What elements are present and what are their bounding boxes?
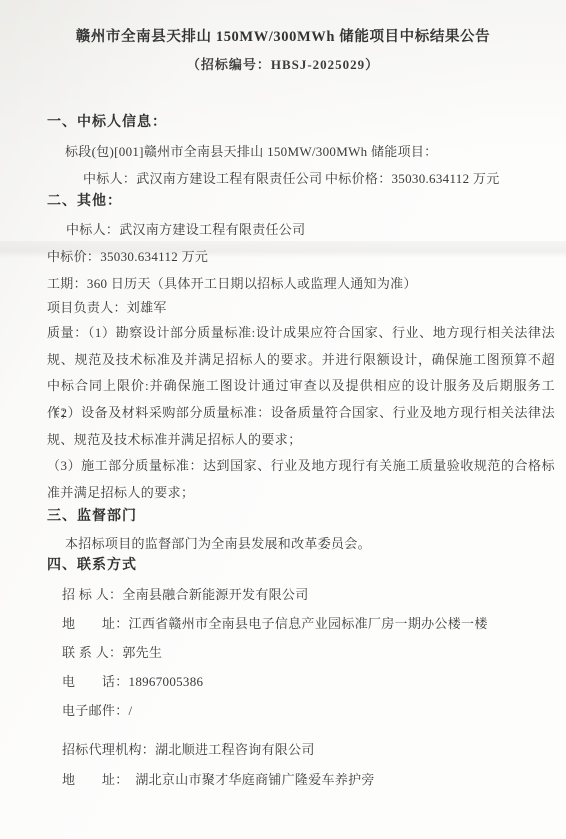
contact-tenderer-line: 招 标 人：全南县融合新能源开发有限公司	[62, 586, 309, 603]
section2-price-line: 中标价：35030.634112 万元	[47, 248, 208, 265]
scanned-document-page: 赣州市全南县天排山 150MW/300MWh 储能项目中标结果公告 （招标编号：…	[0, 0, 566, 839]
email-label: 电子邮件：	[62, 703, 129, 718]
section2-winner-line: 中标人：武汉南方建设工程有限责任公司	[66, 221, 305, 238]
agency-address-line: 地 址： 湖北京山市聚才华庭商铺广隆爱车养护旁	[62, 771, 375, 788]
agency-address-label: 地 址：	[62, 772, 122, 787]
section2-manager-line: 项目负责人：刘雄军	[47, 299, 167, 316]
document-title: 赣州市全南县天排山 150MW/300MWh 储能项目中标结果公告	[0, 29, 566, 46]
address-value: 江西省赣州市全南县电子信息产业园标准厂房一期办公楼一楼	[129, 616, 488, 631]
section2-duration-line: 工期：360 日历天（具体开工日期以招标人或监理人通知为准）	[47, 275, 417, 292]
phone-value: 18967005386	[129, 674, 204, 689]
phone-label: 电 话：	[62, 674, 129, 689]
contact-address-line: 地 址：江西省赣州市全南县电子信息产业园标准厂房一期办公楼一楼	[62, 615, 488, 632]
quality-standard-paragraph-3: （3）施工部分质量标准：达到国家、行业及地方现行有关施工质量验收规范的合格标准并…	[47, 453, 555, 506]
section4-heading: 四、联系方式	[47, 557, 137, 574]
contact-phone-line: 电 话：18967005386	[62, 673, 203, 690]
section3-heading: 三、监督部门	[47, 508, 137, 525]
agency-address-value: 湖北京山市聚才华庭商铺广隆爱车养护旁	[122, 772, 375, 787]
quality-standard-paragraph-2: （2）设备及材料采购部分质量标准：设备质量符合国家、行业及地方现行相关法律法规、…	[47, 400, 555, 453]
contact-person-line: 联 系 人：郭先生	[62, 644, 162, 661]
contact-person-label: 联 系 人：	[62, 645, 122, 660]
section1-lot-line: 标段(包)[001]赣州市全南县天排山 150MW/300MWh 储能项目：	[65, 143, 438, 160]
agency-value: 湖北顺进工程咨询有限公司	[155, 742, 315, 757]
tenderer-value: 全南县融合新能源开发有限公司	[122, 587, 308, 602]
agency-label: 招标代理机构：	[62, 742, 155, 757]
agency-name-line: 招标代理机构：湖北顺进工程咨询有限公司	[62, 741, 315, 758]
section1-heading: 一、中标人信息：	[47, 114, 167, 131]
section2-heading: 二、其他：	[47, 193, 122, 210]
section1-winner: 中标人：武汉南方建设工程有限责任公司	[83, 171, 322, 186]
tender-number-subtitle: （招标编号：HBSJ-2025029）	[0, 56, 566, 73]
section1-winner-line: 中标人：武汉南方建设工程有限责任公司 中标价格：35030.634112 万元	[83, 170, 322, 187]
contact-person-value: 郭先生	[122, 645, 162, 660]
contact-email-line: 电子邮件：/	[62, 702, 132, 719]
supervision-body-line: 本招标项目的监督部门为全南县发展和改革委员会。	[65, 535, 371, 552]
tenderer-label: 招 标 人：	[62, 587, 122, 602]
section1-price: 中标价格：35030.634112 万元	[325, 170, 500, 187]
email-value: /	[129, 703, 133, 718]
address-label: 地 址：	[62, 616, 129, 631]
